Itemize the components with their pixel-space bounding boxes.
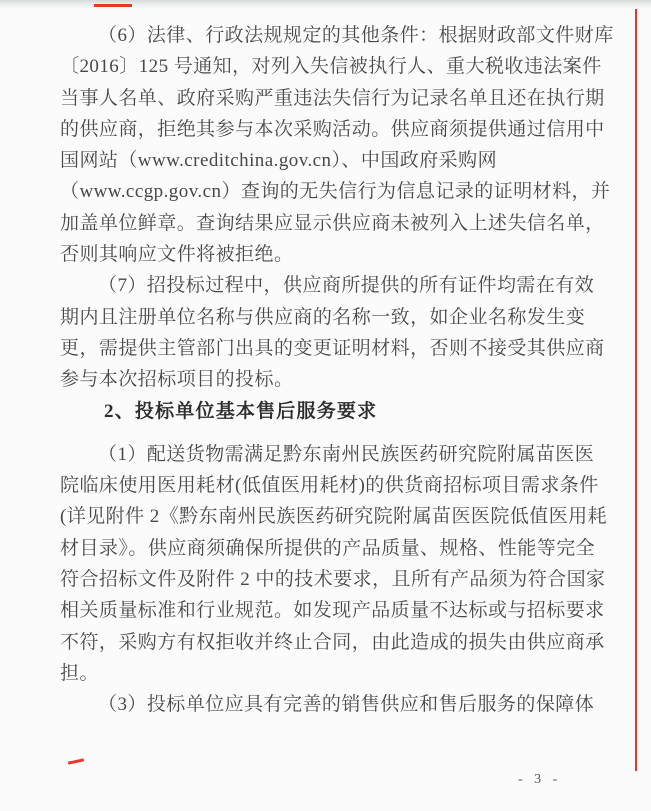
text-line: 院临床使用医用耗材(低值医用耗材)的供货商招标项目需求条件 xyxy=(60,470,605,501)
red-annotation-line-right-edge xyxy=(635,9,637,771)
paragraph: （3）投标单位应具有完善的销售供应和售后服务的保障体 xyxy=(60,689,605,720)
text-line: 期内且注册单位名称与供应商的名称一致，如企业名称发生变 xyxy=(60,302,605,333)
text-line: 相关质量标准和行业规范。如发现产品质量不达标或与招标要求 xyxy=(60,595,605,626)
text-line: 国网站（www.creditchina.gov.cn）、中国政府采购网 xyxy=(60,145,605,176)
text-line: 材目录》。供应商须确保所提供的产品质量、规格、性能等完全 xyxy=(60,533,605,564)
text-line: 符合招标文件及附件 2 中的技术要求，且所有产品须为符合国家 xyxy=(60,564,605,595)
red-annotation-dash-bottom-left xyxy=(68,758,84,764)
text-line: 加盖单位鲜章。查询结果应显示供应商未被列入上述失信名单， xyxy=(60,208,605,239)
text-line: 参与本次招标项目的投标。 xyxy=(60,364,605,395)
text-line: （www.ccgp.gov.cn）查询的无失信行为信息记录的证明材料，并 xyxy=(60,176,605,207)
text-line: （7）招投标过程中，供应商所提供的所有证件均需在有效 xyxy=(60,270,605,301)
text-line: 当事人名单、政府采购严重违法失信行为记录名单且还在执行期 xyxy=(60,83,605,114)
text-line: 更，需提供主管部门出具的变更证明材料，否则不接受其供应商 xyxy=(60,333,605,364)
paragraph: （1）配送货物需满足黔东南州民族医药研究院附属苗医医院临床使用医用耗材(低值医用… xyxy=(60,439,605,689)
text-line: 担。 xyxy=(60,658,605,689)
scanned-document-page: （6）法律、行政法规规定的其他条件：根据财政部文件财库〔2016〕125 号通知… xyxy=(0,0,651,811)
text-line: （3）投标单位应具有完善的销售供应和售后服务的保障体 xyxy=(60,689,605,720)
paragraph: （7）招投标过程中，供应商所提供的所有证件均需在有效期内且注册单位名称与供应商的… xyxy=(60,270,605,395)
section-heading-text: 2、投标单位基本售后服务要求 xyxy=(60,396,605,427)
page-number: - 3 - xyxy=(518,772,561,788)
text-line: (详见附件 2《黔东南州民族医药研究院附属苗医医院低值医用耗 xyxy=(60,501,605,532)
red-annotation-dash-top-left xyxy=(94,4,132,7)
text-line: （6）法律、行政法规规定的其他条件：根据财政部文件财库 xyxy=(60,20,605,51)
text-line: 的供应商，拒绝其参与本次采购活动。供应商须提供通过信用中 xyxy=(60,114,605,145)
text-line: （1）配送货物需满足黔东南州民族医药研究院附属苗医医 xyxy=(60,439,605,470)
document-body: （6）法律、行政法规规定的其他条件：根据财政部文件财库〔2016〕125 号通知… xyxy=(60,20,605,721)
paragraph: （6）法律、行政法规规定的其他条件：根据财政部文件财库〔2016〕125 号通知… xyxy=(60,20,605,270)
text-line: 〔2016〕125 号通知，对列入失信被执行人、重大税收违法案件 xyxy=(60,51,605,82)
text-line: 否则其响应文件将被拒绝。 xyxy=(60,239,605,270)
text-line: 不符，采购方有权拒收并终止合同，由此造成的损失由供应商承 xyxy=(60,627,605,658)
section-heading: 2、投标单位基本售后服务要求 xyxy=(60,396,605,427)
